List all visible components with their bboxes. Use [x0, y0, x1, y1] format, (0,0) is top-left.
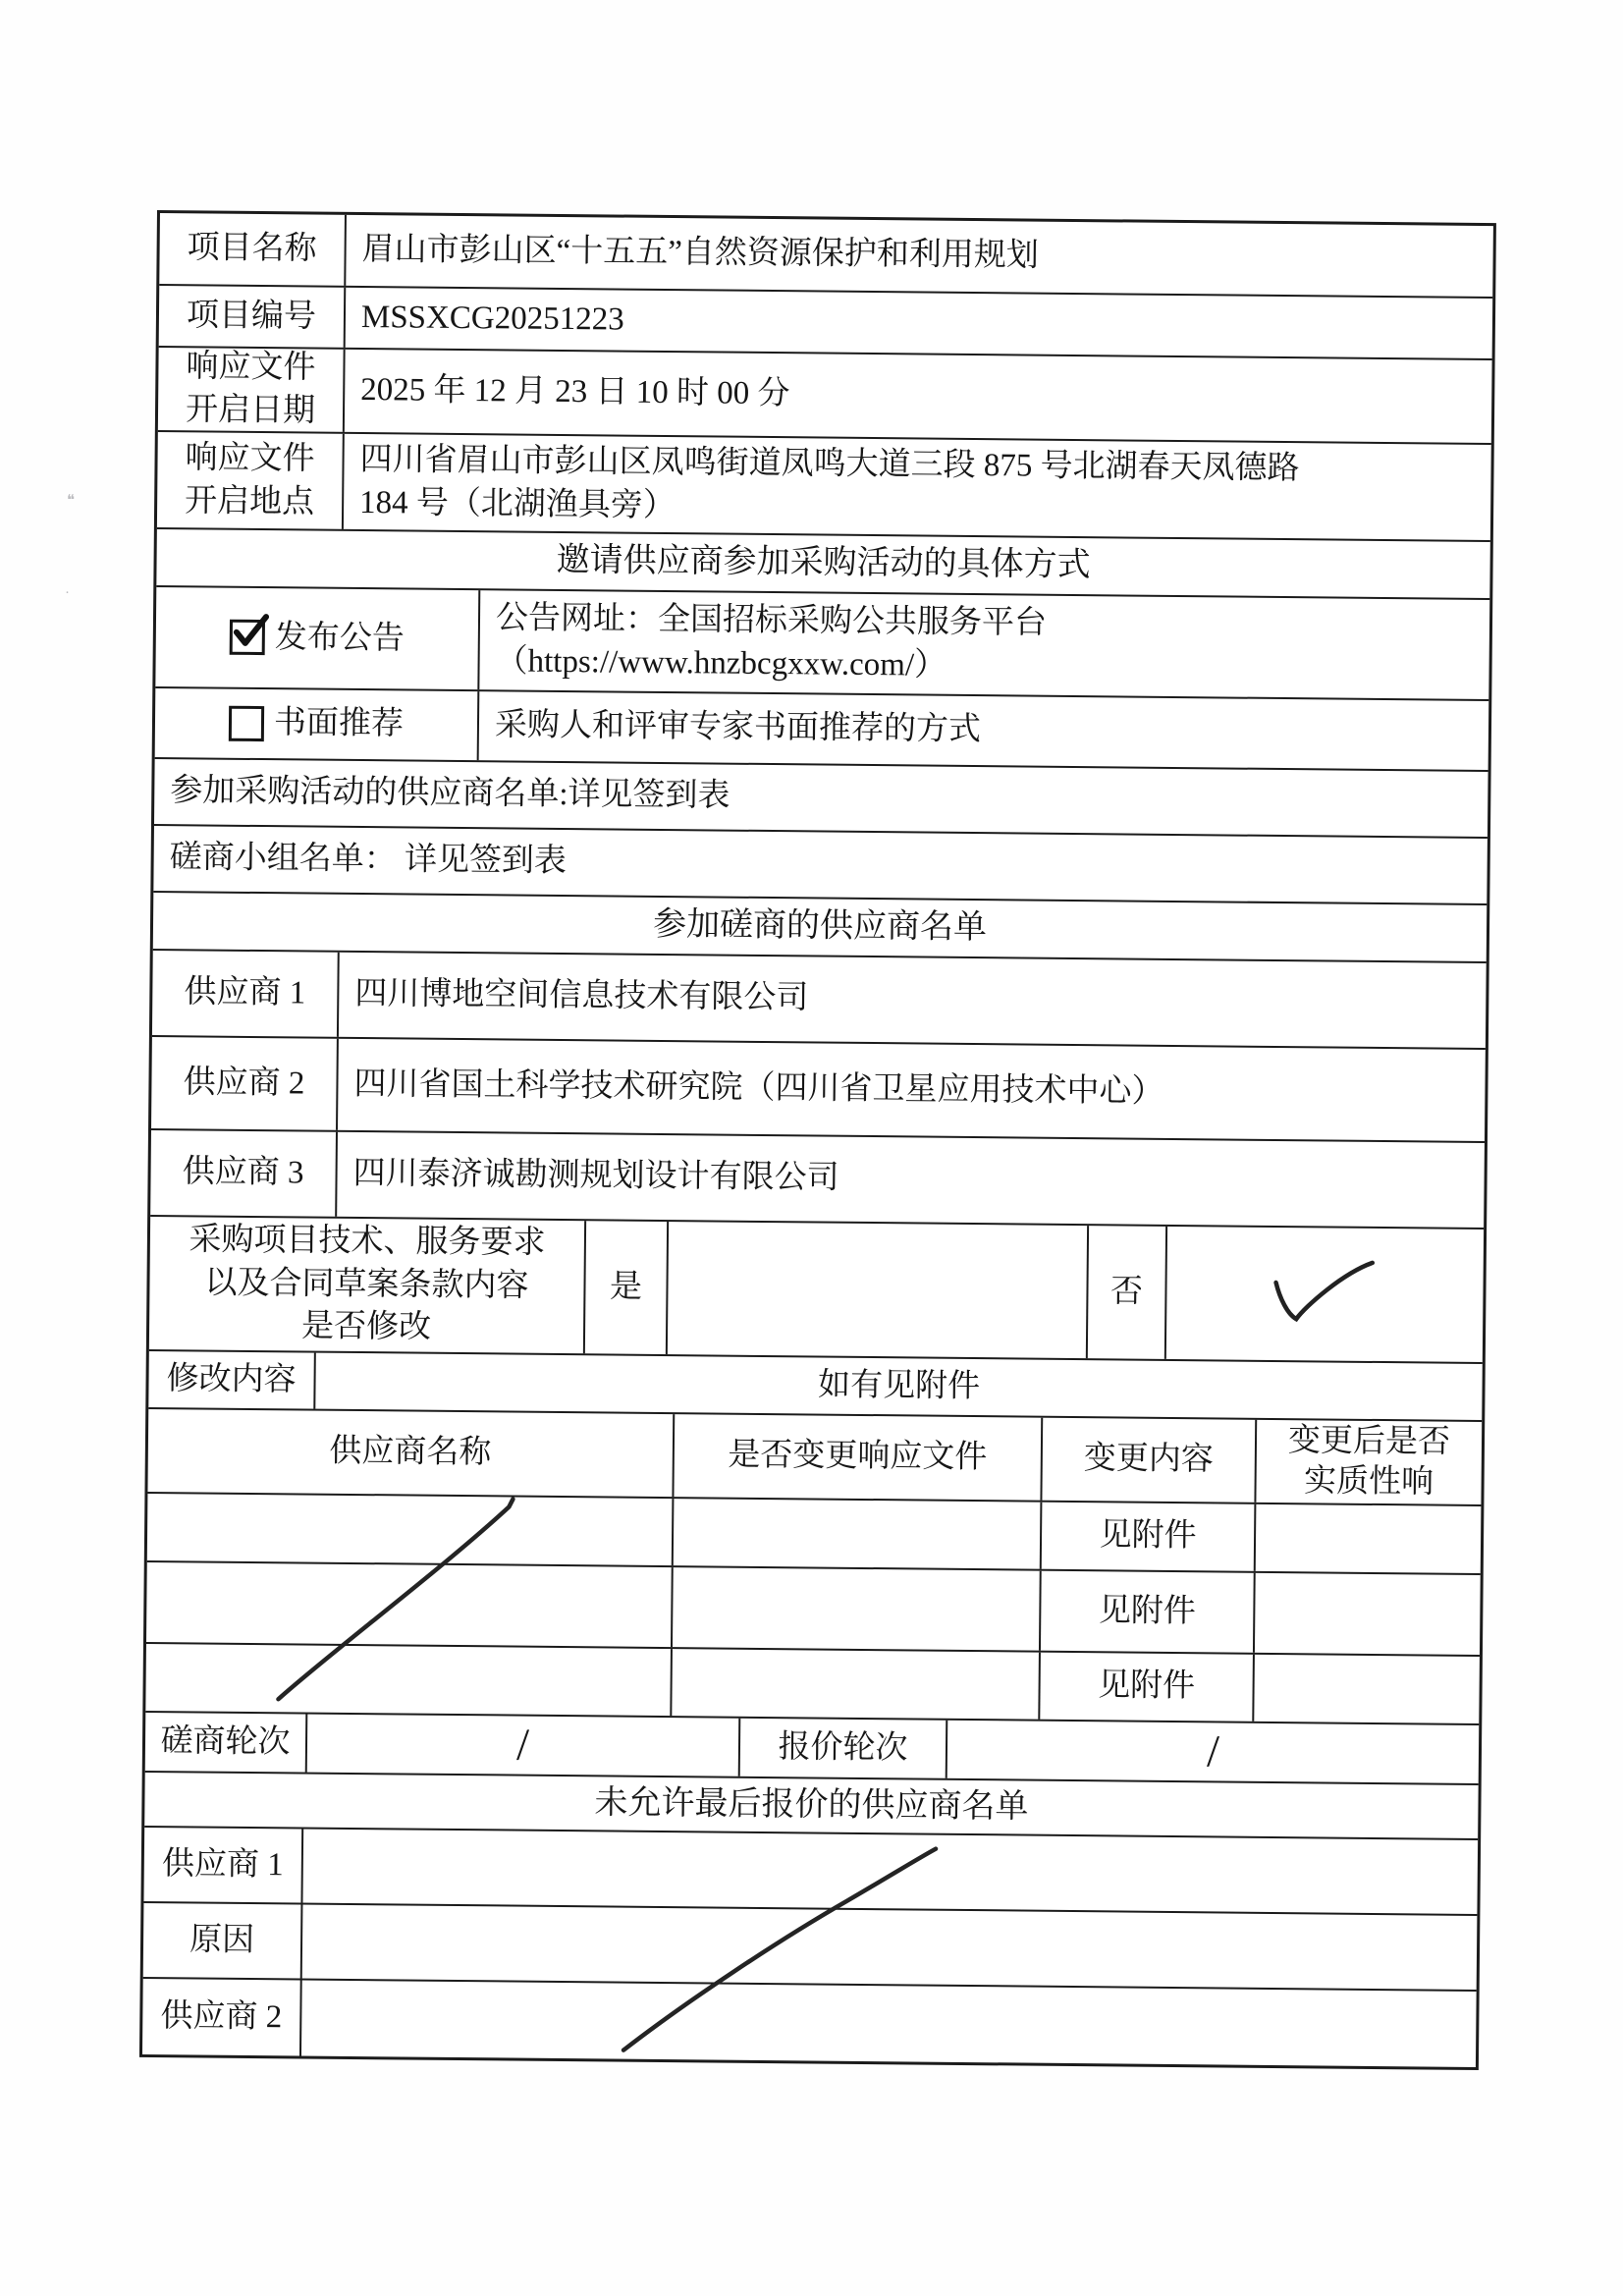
- change-row1-content: 见附件: [1042, 1503, 1257, 1571]
- change-row1-changed: [674, 1499, 1043, 1569]
- invite-method-header: 邀请供应商参加采购活动的具体方式: [156, 529, 1489, 598]
- negotiation-rounds-value: /: [307, 1715, 741, 1777]
- modify-no-answer-cell: [1166, 1227, 1484, 1362]
- panel-list-text: 磋商小组名单： 详见签到表: [153, 826, 1488, 903]
- supplier3-name: 四川泰济诚勘测规划设计有限公司: [337, 1132, 1485, 1228]
- scan-speck: ·: [65, 585, 70, 602]
- final-supplier1-label: 供应商 1: [143, 1828, 303, 1903]
- supplier1-label: 供应商 1: [152, 951, 340, 1037]
- panel-list-row: 磋商小组名单： 详见签到表: [153, 826, 1488, 905]
- change-table-header-row: 供应商名称 是否变更响应文件 变更内容 变更后是否 实质性响: [147, 1409, 1482, 1506]
- change-row2-substantive: [1255, 1573, 1481, 1655]
- handwritten-check-icon: [1270, 1256, 1380, 1332]
- final-supplier1-value: [302, 1830, 1478, 1914]
- attend-list-row: 参加采购活动的供应商名单:详见签到表: [154, 759, 1488, 839]
- supplier-row-3: 供应商 3 四川泰济诚勘测规划设计有限公司: [150, 1130, 1485, 1230]
- check-icon: [231, 611, 272, 652]
- announce-checkbox-wrap: 发布公告: [230, 616, 405, 660]
- change-table-row: 见附件: [146, 1562, 1481, 1657]
- written-option: 书面推荐: [155, 688, 480, 760]
- change-header-substantive: 变更后是否 实质性响: [1256, 1420, 1482, 1504]
- supplier-row-1: 供应商 1 四川博地空间信息技术有限公司: [152, 951, 1487, 1050]
- announce-detail: 公告网址：全国招标采购公共服务平台 （https://www.hnzbcgxxw…: [479, 590, 1489, 699]
- quote-rounds-value: /: [947, 1721, 1480, 1783]
- change-row3-supplier: [145, 1644, 673, 1716]
- open-place-row: 响应文件 开启地点 四川省眉山市彭山区凤鸣街道凤鸣大道三段 875 号北湖春天凤…: [157, 432, 1491, 542]
- project-name-row: 项目名称 眉山市彭山区“十五五”自然资源保护和利用规划: [159, 213, 1493, 299]
- reason-row: 原因: [143, 1903, 1478, 1992]
- change-row3-content: 见附件: [1040, 1653, 1255, 1722]
- supplier-row-2: 供应商 2 四川省国土科学技术研究院（四川省卫星应用技术中心）: [151, 1037, 1486, 1143]
- quote-rounds-label: 报价轮次: [740, 1719, 948, 1778]
- project-name-value: 眉山市彭山区“十五五”自然资源保护和利用规划: [346, 215, 1493, 297]
- attend-list-text: 参加采购活动的供应商名单:详见签到表: [154, 759, 1488, 837]
- open-date-value: 2025 年 12 月 23 日 10 时 00 分: [345, 350, 1492, 443]
- change-table-row: 见附件: [145, 1644, 1480, 1725]
- announce-label: 发布公告: [275, 617, 405, 661]
- written-checkbox-wrap: 书面推荐: [229, 702, 404, 746]
- checkbox-unchecked: [229, 706, 264, 741]
- final-supplier2-row: 供应商 2: [142, 1979, 1477, 2067]
- change-header-supplier: 供应商名称: [147, 1409, 675, 1497]
- supplier3-label: 供应商 3: [150, 1130, 338, 1217]
- negotiation-header: 参加磋商的供应商名单: [153, 893, 1487, 961]
- open-place-label: 响应文件 开启地点: [157, 432, 345, 529]
- final-supplier2-label: 供应商 2: [142, 1979, 302, 2056]
- modify-content-value: 如有见附件: [315, 1353, 1482, 1420]
- change-header-changed: 是否变更响应文件: [674, 1414, 1043, 1501]
- procurement-form-table: 项目名称 眉山市彭山区“十五五”自然资源保护和利用规划 项目编号 MSSXCG2…: [139, 210, 1496, 2070]
- change-row1-substantive: [1256, 1504, 1482, 1573]
- reason-label: 原因: [143, 1903, 303, 1979]
- negotiation-rounds-label: 磋商轮次: [145, 1713, 308, 1773]
- supplier2-label: 供应商 2: [151, 1037, 339, 1130]
- supplier1-name: 四川博地空间信息技术有限公司: [339, 953, 1487, 1048]
- written-detail: 采购人和评审专家书面推荐的方式: [479, 691, 1489, 770]
- open-date-label: 响应文件 开启日期: [158, 348, 346, 432]
- change-table-row: 见附件: [147, 1494, 1482, 1575]
- written-label: 书面推荐: [274, 702, 404, 746]
- final-supplier2-value: [301, 1981, 1477, 2067]
- supplier2-name: 四川省国土科学技术研究院（四川省卫星应用技术中心）: [338, 1039, 1486, 1141]
- scan-speck: ❝: [67, 491, 75, 510]
- modify-question-row: 采购项目技术、服务要求 以及合同草案条款内容 是否修改 是 否: [149, 1217, 1484, 1364]
- open-date-row: 响应文件 开启日期 2025 年 12 月 23 日 10 时 00 分: [158, 348, 1492, 445]
- project-code-value: MSSXCG20251223: [346, 288, 1493, 358]
- change-row3-substantive: [1254, 1655, 1480, 1723]
- checkbox-checked: [230, 620, 265, 655]
- final-supplier1-row: 供应商 1: [143, 1828, 1478, 1916]
- written-row: 书面推荐 采购人和评审专家书面推荐的方式: [155, 688, 1489, 772]
- announce-option: 发布公告: [155, 587, 480, 689]
- open-place-value: 四川省眉山市彭山区凤鸣街道凤鸣大道三段 875 号北湖春天凤德路 184 号（北…: [344, 434, 1491, 540]
- change-row3-changed: [672, 1649, 1041, 1720]
- announce-row: 发布公告 公告网址：全国招标采购公共服务平台 （https://www.hnzb…: [155, 587, 1489, 701]
- change-header-content: 变更内容: [1042, 1418, 1257, 1503]
- modify-no-label: 否: [1088, 1226, 1167, 1359]
- change-row2-content: 见附件: [1041, 1571, 1256, 1653]
- change-row1-supplier: [147, 1494, 675, 1565]
- modify-question-label: 采购项目技术、服务要求 以及合同草案条款内容 是否修改: [149, 1217, 586, 1353]
- project-code-label: 项目编号: [159, 286, 347, 348]
- reason-value: [302, 1905, 1478, 1990]
- scanned-document-page: ❝ · 项目名称 眉山市彭山区“十五五”自然资源保护和利用规划 项目编号 MSS…: [0, 0, 1623, 2296]
- modify-yes-answer-cell: [668, 1222, 1089, 1358]
- project-name-label: 项目名称: [159, 213, 347, 286]
- modify-content-label: 修改内容: [148, 1351, 316, 1409]
- modify-yes-label: 是: [585, 1221, 669, 1354]
- change-row2-changed: [673, 1567, 1042, 1651]
- change-row2-supplier: [146, 1562, 674, 1647]
